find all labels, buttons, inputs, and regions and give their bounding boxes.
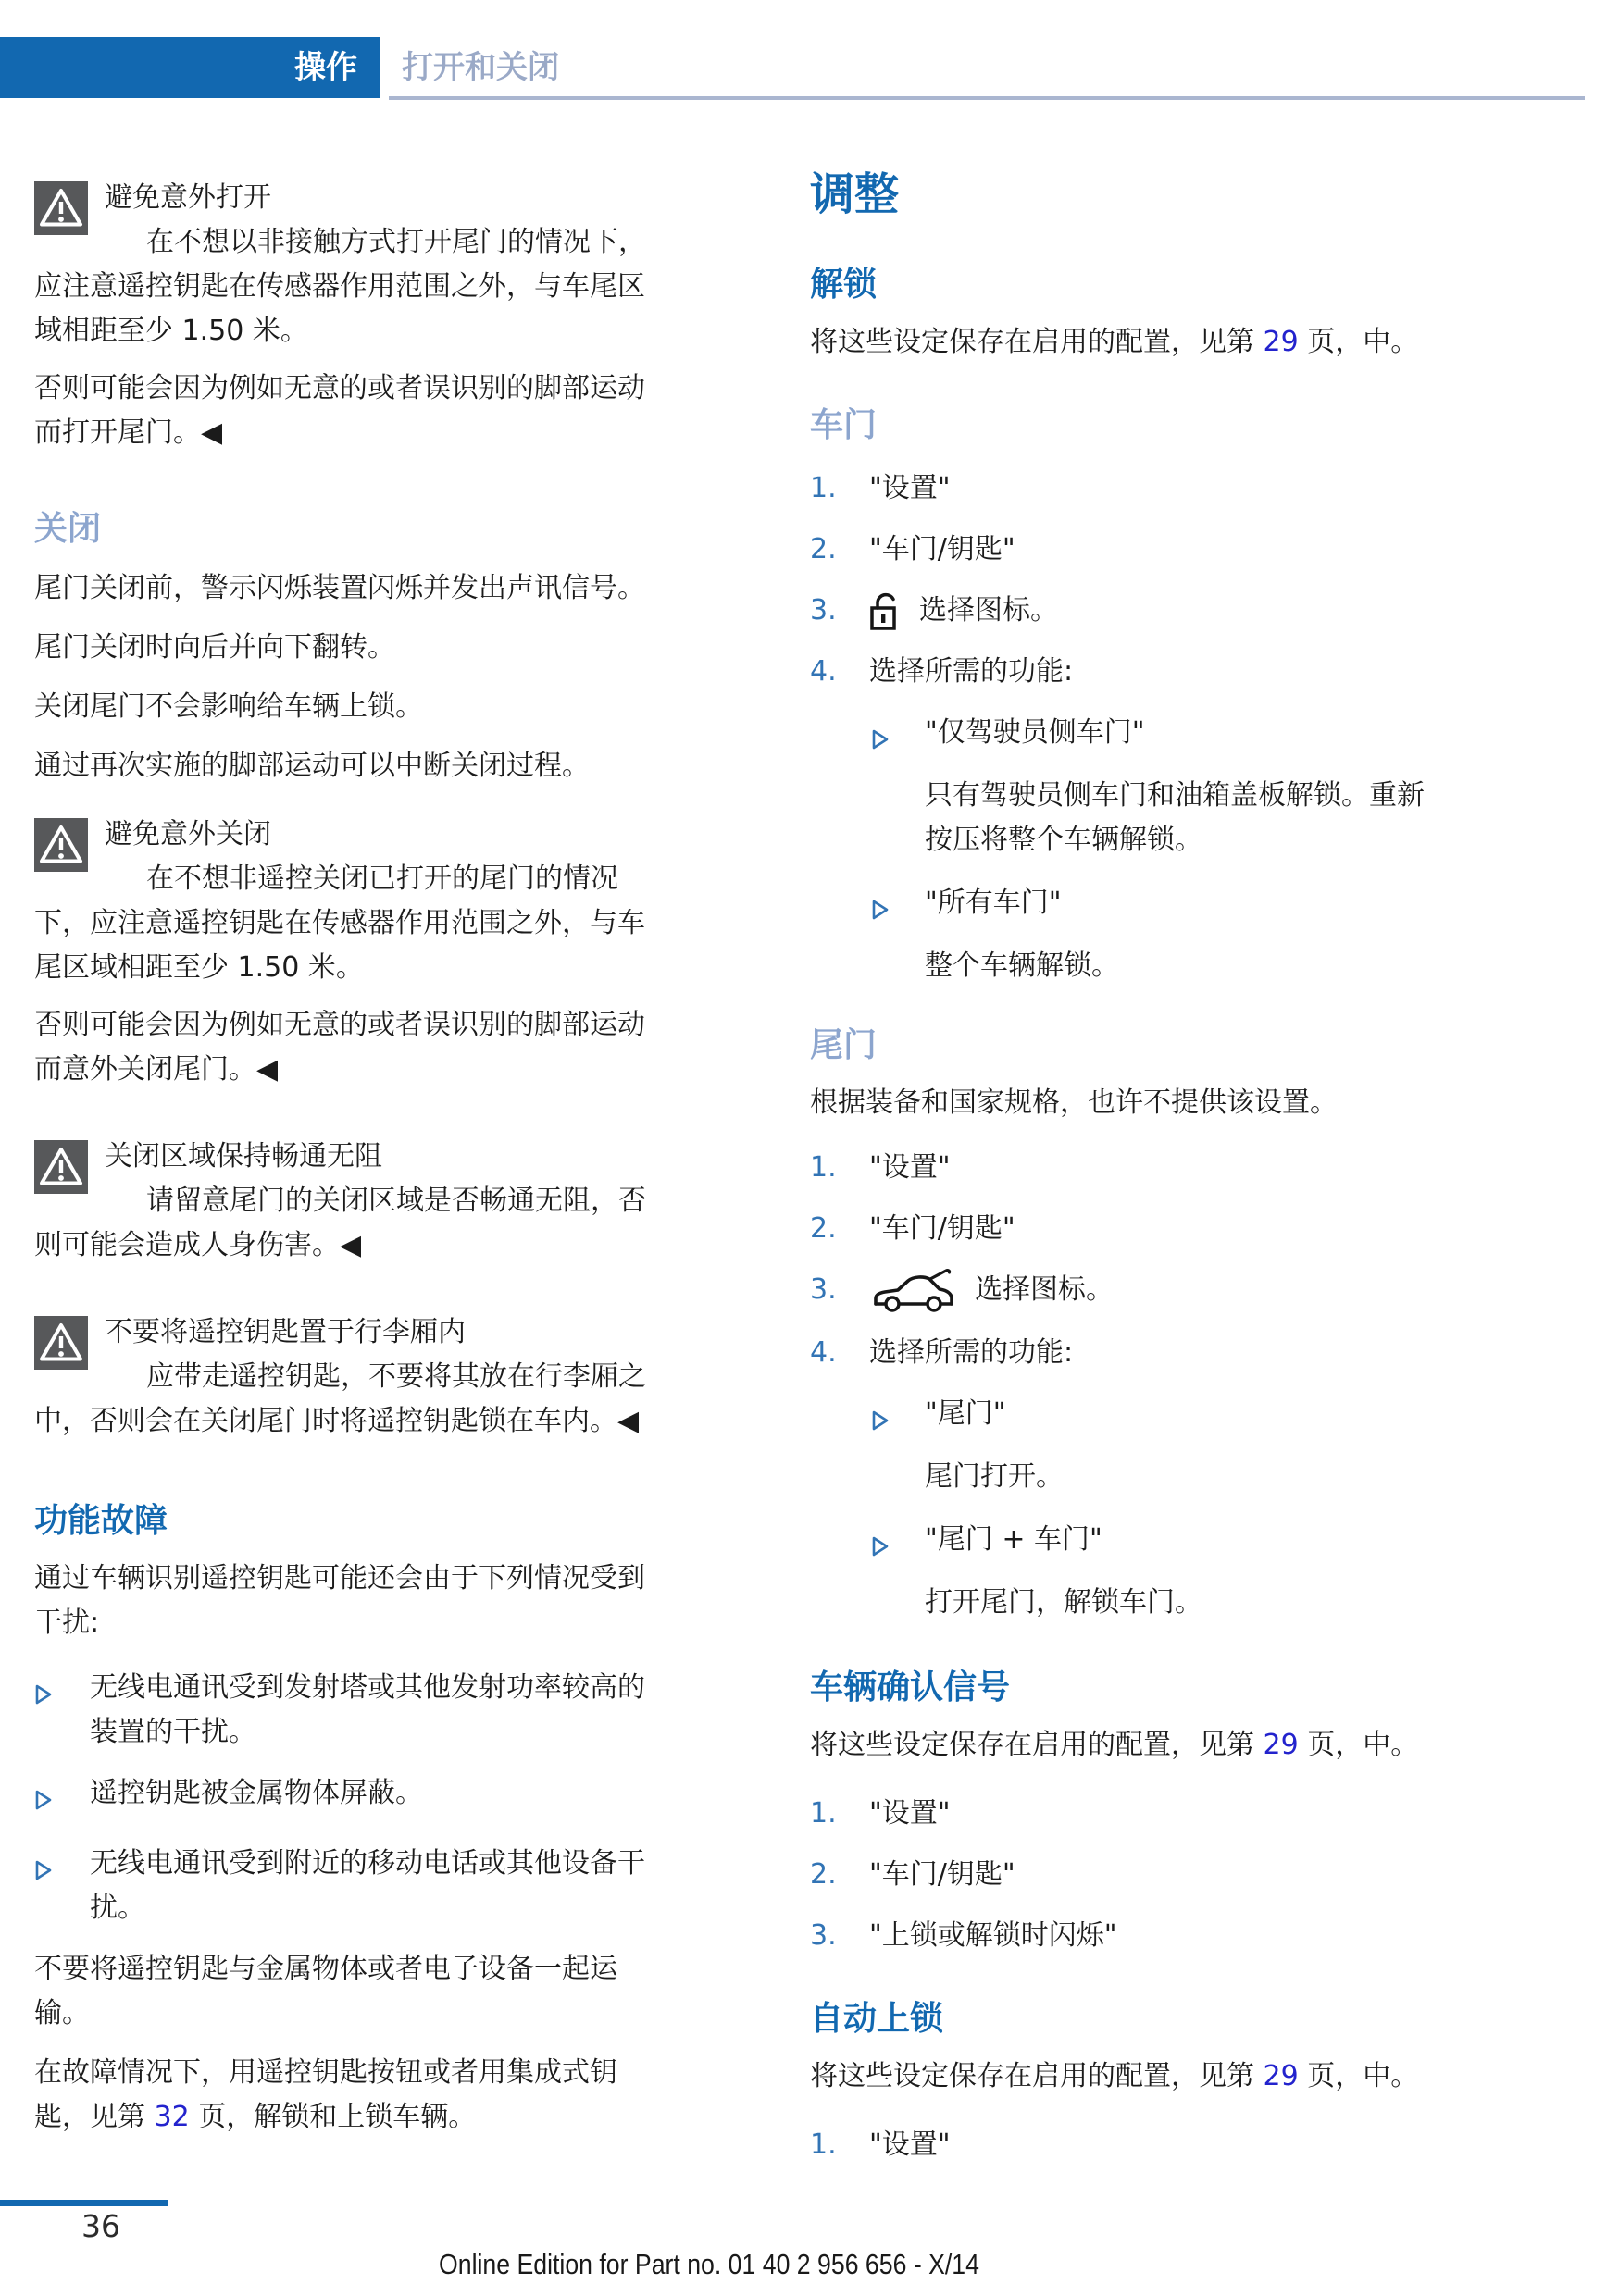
- option-label: "尾门": [925, 1392, 1434, 1446]
- numbered-step: 1. "设置": [810, 1146, 1434, 1190]
- section-heading-autolock: 自动上锁: [810, 1999, 1434, 2040]
- page-ref-link[interactable]: 32: [155, 2101, 190, 2133]
- paragraph: 尾门关闭前，警示闪烁装置闪烁并发出声讯信号。: [34, 566, 647, 611]
- option-item: "仅驾驶员侧车门": [810, 711, 1434, 764]
- edition-note: Online Edition for Part no. 01 40 2 956 …: [439, 2247, 979, 2282]
- step-text: 选择图标。: [919, 589, 1434, 633]
- list-item: 遥控钥匙被金属物体屏蔽。: [34, 1771, 647, 1825]
- option-description: 整个车辆解锁。: [925, 944, 1434, 988]
- option-description: 打开尾门，解锁车门。: [925, 1581, 1434, 1625]
- right-column: 调整 解锁 将这些设定保存在启用的配置，见第 29 页，中。 车门 1. "设置…: [810, 148, 1434, 2184]
- warning-text: 在不想非遥控关闭已打开的尾门的情况下，应注意遥控钥匙在传感器作用范围之外，与车尾…: [34, 857, 647, 990]
- list-item-text: 遥控钥匙被金属物体屏蔽。: [90, 1771, 647, 1825]
- numbered-step: 4. 选择所需的功能:: [810, 1331, 1434, 1375]
- paragraph: 在故障情况下，用遥控钥匙按钮或者用集成式钥匙，见第 32 页，解锁和上锁车辆。: [34, 2051, 647, 2140]
- step-number: 1.: [810, 1146, 869, 1190]
- numbered-step: 3. "上锁或解锁时闪烁": [810, 1914, 1434, 1958]
- paragraph-text: 将这些设定保存在启用的配置，见第: [810, 326, 1264, 358]
- car-open-trunk-icon: [869, 1268, 958, 1314]
- step-number: 2.: [810, 527, 869, 572]
- warning-icon: [34, 1316, 88, 1370]
- paragraph: 尾门关闭时向后并向下翻转。: [34, 626, 647, 670]
- warning-box: 避免意外打开 在不想以非接触方式打开尾门的情况下，应注意遥控钥匙在传感器作用范围…: [34, 176, 647, 455]
- warning-text: 请留意尾门的关闭区域是否畅通无阻，否则可能会造成人身伤害。◀: [34, 1179, 647, 1268]
- list-item: 无线电通讯受到附近的移动电话或其他设备干扰。: [34, 1842, 647, 1930]
- warning-text: 否则可能会因为例如无意的或者误识别的脚部运动而打开尾门。◀: [34, 366, 647, 455]
- warning-box: 关闭区域保持畅通无阻 请留意尾门的关闭区域是否畅通无阻，否则可能会造成人身伤害。…: [34, 1135, 647, 1268]
- step-text: "车门/钥匙": [869, 527, 1434, 572]
- numbered-step: 1. "设置": [810, 2123, 1434, 2167]
- triangle-right-icon: [34, 1666, 90, 1755]
- paragraph-text: 页，中。: [1299, 1729, 1419, 1761]
- section-heading-doors: 车门: [810, 405, 1434, 446]
- triangle-right-icon: [871, 881, 925, 935]
- left-column: 避免意外打开 在不想以非接触方式打开尾门的情况下，应注意遥控钥匙在传感器作用范围…: [34, 148, 647, 2154]
- step-number: 2.: [810, 1207, 869, 1251]
- section-heading-tailgate: 尾门: [810, 1025, 1434, 1066]
- step-text: "设置": [869, 1146, 1434, 1190]
- page-ref-link[interactable]: 29: [1264, 326, 1299, 358]
- paragraph-text: 页，中。: [1299, 326, 1419, 358]
- paragraph: 通过车辆识别遥控钥匙可能还会由于下列情况受到干扰:: [34, 1557, 647, 1645]
- warning-icon: [34, 1140, 88, 1194]
- step-text: "上锁或解锁时闪烁": [869, 1914, 1434, 1958]
- numbered-step: 2. "车门/钥匙": [810, 1207, 1434, 1251]
- step-text: "车门/钥匙": [869, 1207, 1434, 1251]
- page-ref-link[interactable]: 29: [1264, 2060, 1299, 2092]
- step-number: 1.: [810, 466, 869, 511]
- page-title: 调整: [810, 168, 1434, 220]
- warning-icon: [34, 818, 88, 872]
- numbered-step: 2. "车门/钥匙": [810, 1853, 1434, 1897]
- paragraph: 将这些设定保存在启用的配置，见第 29 页，中。: [810, 320, 1434, 365]
- chapter-tab-label: 操作: [294, 45, 357, 90]
- warning-box: 避免意外关闭 在不想非遥控关闭已打开的尾门的情况下，应注意遥控钥匙在传感器作用范…: [34, 813, 647, 1092]
- section-heading-unlock: 解锁: [810, 265, 1434, 305]
- paragraph-text: 将这些设定保存在启用的配置，见第: [810, 1729, 1264, 1761]
- triangle-right-icon: [871, 711, 925, 764]
- triangle-right-icon: [871, 1518, 925, 1571]
- option-label: "仅驾驶员侧车门": [925, 711, 1434, 764]
- paragraph: 将这些设定保存在启用的配置，见第 29 页，中。: [810, 2054, 1434, 2099]
- numbered-step: 1. "设置": [810, 1792, 1434, 1836]
- option-label: "所有车门": [925, 881, 1434, 935]
- step-text: "设置": [869, 1792, 1434, 1836]
- option-description: 只有驾驶员侧车门和油箱盖板解锁。重新按压将整个车辆解锁。: [925, 774, 1434, 863]
- list-item-text: 无线电通讯受到附近的移动电话或其他设备干扰。: [90, 1842, 647, 1930]
- step-text: "车门/钥匙": [869, 1853, 1434, 1897]
- open-padlock-icon: [869, 589, 903, 633]
- warning-text: 在不想以非接触方式打开尾门的情况下，应注意遥控钥匙在传感器作用范围之外，与车尾区…: [34, 220, 647, 354]
- page-ref-link[interactable]: 29: [1264, 1729, 1299, 1761]
- step-number: 3.: [810, 1268, 869, 1314]
- paragraph: 关闭尾门不会影响给车辆上锁。: [34, 685, 647, 729]
- paragraph-text: 页，解锁和上锁车辆。: [190, 2101, 477, 2133]
- paragraph: 不要将遥控钥匙与金属物体或者电子设备一起运输。: [34, 1947, 647, 2036]
- triangle-right-icon: [34, 1771, 90, 1825]
- paragraph: 通过再次实施的脚部运动可以中断关闭过程。: [34, 744, 647, 788]
- step-number: 2.: [810, 1853, 869, 1897]
- paragraph: 根据装备和国家规格，也许不提供该设置。: [810, 1081, 1434, 1125]
- page-number: 36: [81, 2208, 120, 2245]
- list-item-text: 无线电通讯受到发射塔或其他发射功率较高的装置的干扰。: [90, 1666, 647, 1755]
- step-text: "设置": [869, 466, 1434, 511]
- step-number: 1.: [810, 2123, 869, 2167]
- chapter-tab: 操作: [0, 37, 380, 98]
- warning-text: 否则可能会因为例如无意的或者误识别的脚部运动而意外关闭尾门。◀: [34, 1003, 647, 1092]
- option-item: "所有车门": [810, 881, 1434, 935]
- option-item: "尾门": [810, 1392, 1434, 1446]
- step-text: "设置": [869, 2123, 1434, 2167]
- option-label: "尾门 + 车门": [925, 1518, 1434, 1571]
- warning-text: 应带走遥控钥匙，不要将其放在行李厢之中，否则会在关闭尾门时将遥控钥匙锁在车内。◀: [34, 1355, 647, 1444]
- section-heading-closing: 关闭: [34, 509, 647, 550]
- warning-box: 不要将遥控钥匙置于行李厢内 应带走遥控钥匙，不要将其放在行李厢之中，否则会在关闭…: [34, 1310, 647, 1444]
- step-number: 4.: [810, 650, 869, 694]
- step-text: 选择图标。: [975, 1268, 1434, 1314]
- step-number: 1.: [810, 1792, 869, 1836]
- warning-title: 避免意外关闭: [34, 813, 647, 857]
- warning-title: 避免意外打开: [34, 176, 647, 220]
- step-number: 3.: [810, 1914, 869, 1958]
- numbered-step: 2. "车门/钥匙": [810, 527, 1434, 572]
- numbered-step: 1. "设置": [810, 466, 1434, 511]
- option-item: "尾门 + 车门": [810, 1518, 1434, 1571]
- paragraph: 将这些设定保存在启用的配置，见第 29 页，中。: [810, 1723, 1434, 1768]
- section-heading-malfunction: 功能故障: [34, 1501, 647, 1542]
- triangle-right-icon: [871, 1392, 925, 1446]
- header-divider: [389, 96, 1585, 100]
- warning-icon: [34, 181, 88, 235]
- step-text: 选择所需的功能:: [869, 1331, 1434, 1375]
- option-description: 尾门打开。: [925, 1455, 1434, 1499]
- paragraph-text: 将这些设定保存在启用的配置，见第: [810, 2060, 1264, 2092]
- footer-divider: [0, 2200, 168, 2206]
- paragraph-text: 页，中。: [1299, 2060, 1419, 2092]
- numbered-step: 3. 选择图标。: [810, 589, 1434, 633]
- chapter-title: 打开和关闭: [402, 37, 559, 98]
- warning-title: 关闭区域保持畅通无阻: [34, 1135, 647, 1179]
- triangle-right-icon: [34, 1842, 90, 1930]
- numbered-step: 4. 选择所需的功能:: [810, 650, 1434, 694]
- warning-title: 不要将遥控钥匙置于行李厢内: [34, 1310, 647, 1355]
- step-number: 3.: [810, 589, 869, 633]
- manual-page: 操作 打开和关闭 避免意外打开 在不想以非接触方式打开尾门的情况下，应注意遥控钥…: [0, 0, 1619, 2296]
- section-heading-confirmation: 车辆确认信号: [810, 1668, 1434, 1708]
- numbered-step: 3. 选择图标。: [810, 1268, 1434, 1314]
- step-number: 4.: [810, 1331, 869, 1375]
- list-item: 无线电通讯受到发射塔或其他发射功率较高的装置的干扰。: [34, 1666, 647, 1755]
- step-text: 选择所需的功能:: [869, 650, 1434, 694]
